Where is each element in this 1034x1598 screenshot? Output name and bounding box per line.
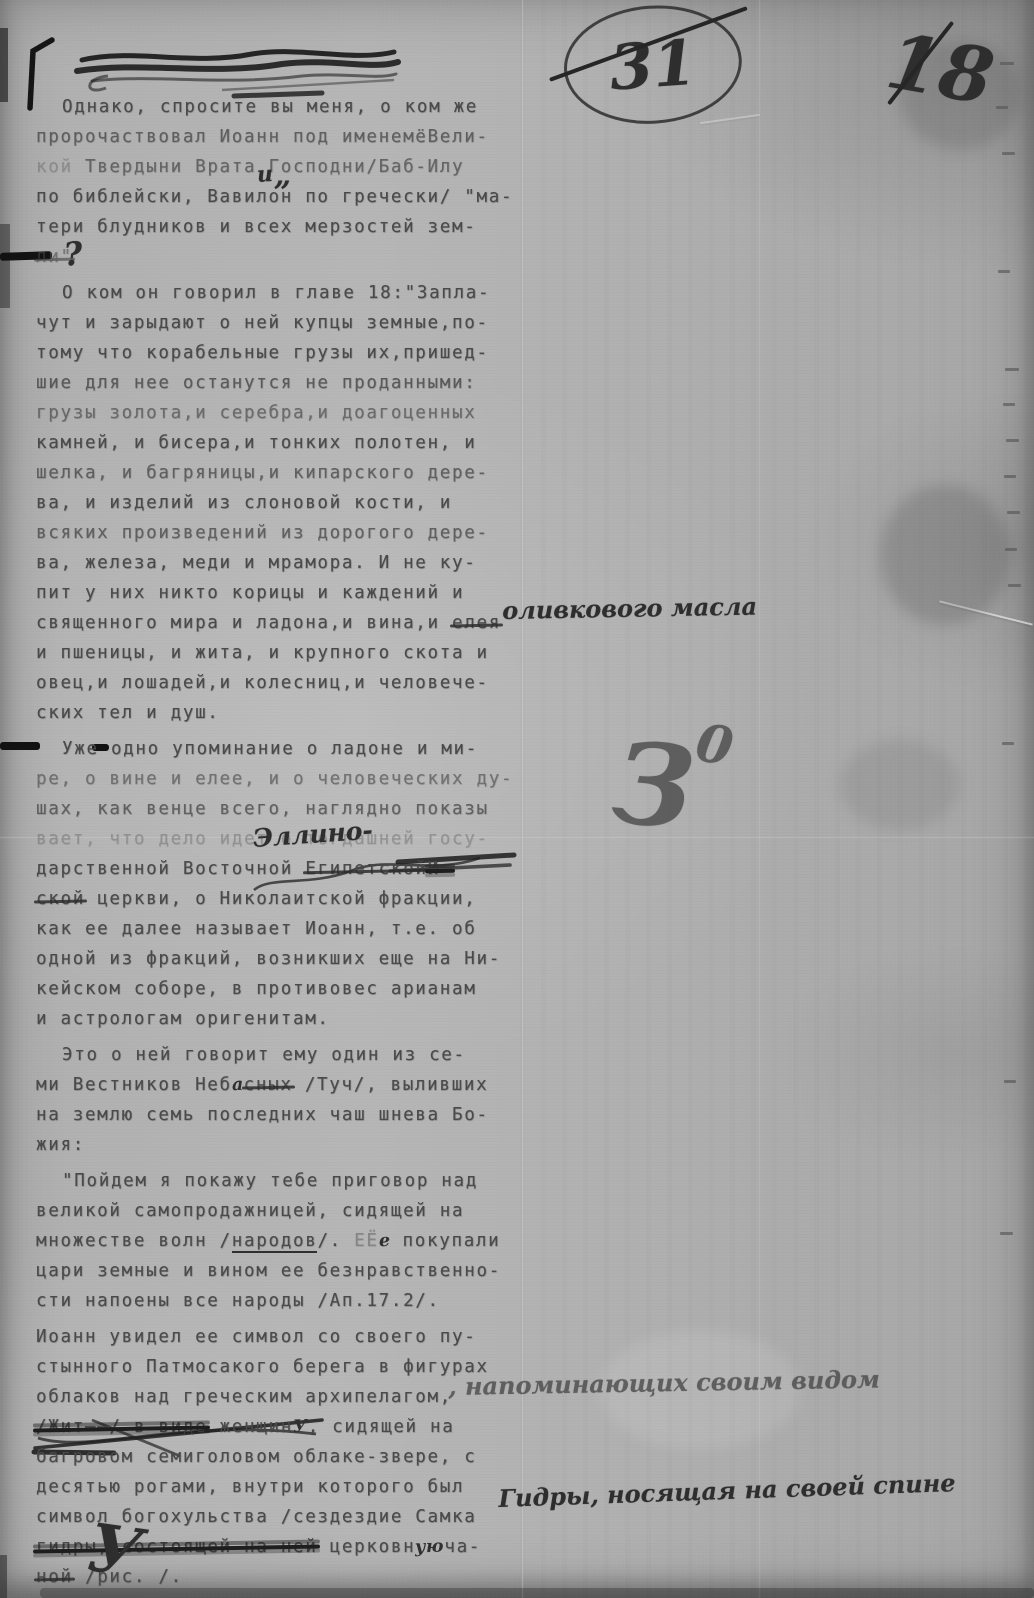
scan-edge-mark: [0, 28, 8, 102]
text-segment: покупали: [390, 1231, 500, 1251]
text-segment: всяких произведений из дорогого дере-: [36, 523, 489, 543]
text-line: ре, о вине и елее, и о человеческих ду-: [36, 764, 546, 794]
correction-i-insert-text: и: [256, 161, 274, 188]
text-line: Уже одно упоминание о ладоне и ми-: [36, 734, 546, 764]
margin-tick-mark: [1004, 1080, 1016, 1083]
text-line: цари земные и вином ее безнравственно-: [36, 1256, 546, 1286]
insert-gidry: Гидры, носящая на своей спине: [498, 1468, 956, 1513]
text-segment: сти напоены все народы /Ап.17.2/.: [36, 1291, 440, 1311]
text-segment: кейском соборе, в противовес арианам: [36, 979, 477, 999]
text-segment: /Туч/, выливших: [293, 1075, 489, 1095]
text-segment: и астрологам оригенитам.: [36, 1009, 330, 1029]
text-line: ва, железа, меди и мрамора. И не ку-: [36, 548, 546, 578]
text-segment: шах, как венце всего, наглядно показы: [36, 799, 489, 819]
text-line: О ком он говорил в главе 18:"Запла-: [36, 278, 546, 308]
insert-napominayushchikh: , напоминающих своим видом: [448, 1364, 880, 1401]
corner-page-number: 18: [881, 16, 1001, 122]
paragraph: О ком он говорил в главе 18:"Запла-чут и…: [36, 278, 546, 728]
text-segment: кой: [36, 157, 73, 177]
scan-edge-mark: [0, 224, 10, 308]
text-line: пит у них никто корицы и каждений и: [36, 578, 546, 608]
crossed-page-number: 31: [560, 0, 746, 130]
text-line: на землю семь последних чаш шнева Бо-: [36, 1100, 546, 1130]
text-segment: /Жит——/ в виде: [36, 1417, 207, 1437]
margin-tick-mark: [1000, 62, 1014, 65]
text-line: Иоанн увидел ее символ со своего пу-: [36, 1322, 546, 1352]
text-line: грузы золота,и серебра,и доагоценных: [36, 398, 546, 428]
text-line: кейском соборе, в противовес арианам: [36, 974, 546, 1004]
text-segment: цари земные и вином ее безнравственно-: [36, 1261, 501, 1281]
margin-number-small-digit-text: 0: [691, 712, 737, 778]
text-segment: грузы золота,и серебра,и доагоценных: [36, 403, 477, 423]
paper-crack: [700, 114, 760, 124]
margin-number-large-digit: З: [609, 718, 699, 854]
text-line: шах, как венце всего, наглядно показы: [36, 794, 546, 824]
text-segment: церковн: [317, 1537, 415, 1557]
text-line: овец,и лошадей,и колесниц,и человече-: [36, 668, 546, 698]
scan-edge-mark: [0, 1555, 7, 1598]
text-line: десятью рогами, внутри которого был: [36, 1472, 546, 1502]
margin-tick-mark: [1002, 742, 1014, 745]
text-line: тери блудников и всех мерзостей зем-: [36, 212, 546, 242]
text-segment: /.: [317, 1231, 354, 1251]
text-segment: Иоанн увидел ее символ со своего пу-: [36, 1327, 477, 1347]
paragraph: Это о ней говорит ему один из се-ми Вест…: [36, 1040, 546, 1160]
margin-dash-mark: [0, 742, 40, 750]
text-segment: Уже одно упоминание о ладоне и ми-: [62, 739, 478, 759]
text-line: шелка, и багряницы,и кипарского дере-: [36, 458, 546, 488]
text-segment: Это о ней говорит ему один из се-: [62, 1045, 466, 1065]
text-segment: овец,и лошадей,и колесниц,и человече-: [36, 673, 489, 693]
text-segment: стынного Патмосакого берега в фигурах: [36, 1357, 489, 1377]
text-segment: камней, и бисера,и тонких полотен, и: [36, 433, 477, 453]
margin-tick-mark: [996, 106, 1008, 109]
text-line: дарственной Восточной ЕгипетскойИ—: [36, 854, 546, 884]
text-segment: ЕЁ: [354, 1231, 378, 1251]
text-segment: Однако, спросите вы меня, о ком же: [62, 97, 478, 117]
text-segment: множестве волн /: [36, 1231, 232, 1251]
text-segment: ва, и изделий из слоновой кости, и: [36, 493, 452, 513]
text-segment: ми Вестников Неб: [36, 1075, 232, 1095]
text-segment: , сидящей на: [308, 1417, 455, 1437]
text-segment: е: [378, 1226, 391, 1256]
text-segment: а: [231, 1070, 244, 1100]
text-line: ми Вестников Небасных /Туч/, выливших: [36, 1070, 546, 1100]
text-line: всяких произведений из дорогого дере-: [36, 518, 546, 548]
text-segment: ую: [415, 1532, 445, 1563]
text-line: ли": [36, 242, 546, 272]
text-line: ской церкви, о Николаитской фракции,: [36, 884, 546, 914]
text-segment: одной из фракций, возникших еще на Ни-: [36, 949, 501, 969]
margin-tick-mark: [1000, 1232, 1013, 1235]
text-line: Однако, спросите вы меня, о ком же: [36, 92, 546, 122]
text-segment: ских тел и душ.: [36, 703, 220, 723]
text-segment: И—: [428, 859, 452, 879]
correction-question-mark-text: ?: [62, 234, 85, 274]
margin-tick-mark: [1005, 548, 1017, 551]
ink-smudge: [840, 740, 960, 830]
text-segment: десятью рогами, внутри которого был: [36, 1477, 464, 1497]
text-segment: тому что корабельные грузы их,пришед-: [36, 343, 489, 363]
paragraph: Уже одно упоминание о ладоне и ми-ре, о …: [36, 734, 546, 1034]
text-segment: "Пойдем я покажу тебе приговор над: [62, 1171, 478, 1191]
text-segment: на землю семь последних чаш шнева Бо-: [36, 1105, 489, 1125]
text-segment: женщин: [207, 1417, 293, 1437]
crossed-page-number-text: 31: [607, 25, 698, 104]
margin-number-small-digit: 0: [691, 712, 737, 778]
text-segment: чут и зарыдают о ней купцы земные,по-: [36, 313, 489, 333]
correction-u-large: У: [83, 1508, 147, 1593]
text-segment: ской: [36, 889, 85, 909]
text-segment: ной: [36, 1567, 73, 1587]
text-segment: священного мира и ладона,и вина,и: [36, 613, 452, 633]
paper-streak-texture: [520, 0, 1034, 1598]
correction-u-large-text: У: [83, 1508, 147, 1593]
insert-napominayushchikh-text: , напоминающих своим видом: [448, 1364, 880, 1401]
text-segment: жия:: [36, 1135, 85, 1155]
text-segment: церкви, о Николаитской фракции,: [85, 889, 477, 909]
margin-tick-mark: [1005, 368, 1019, 371]
margin-tick-mark: [1006, 439, 1019, 442]
margin-tick-mark: [1004, 475, 1016, 478]
insert-olive-oil: оливкового масла: [502, 592, 757, 625]
text-segment: Египетской: [305, 859, 427, 879]
text-line: "Пойдем я покажу тебе приговор над: [36, 1166, 546, 1196]
text-segment: шелка, и багряницы,и кипарского дере-: [36, 463, 489, 483]
margin-tick-mark: [1003, 403, 1015, 406]
scanned-typewritten-page: Однако, спросите вы меня, о ком жепророч…: [0, 0, 1034, 1598]
text-line: одной из фракций, возникших еще на Ни-: [36, 944, 546, 974]
scribbled-out-heading: [72, 36, 402, 100]
text-line: тому что корабельные грузы их,пришед-: [36, 338, 546, 368]
text-line: множестве волн /народов/. ЕЁе покупали: [36, 1226, 546, 1256]
text-line: пророчаствовал Иоанн под именемёВели-: [36, 122, 546, 152]
text-segment: и пшеницы, и жита, и крупного скота и: [36, 643, 489, 663]
paper-crack: [939, 600, 1033, 625]
text-line: сти напоены все народы /Ап.17.2/.: [36, 1286, 546, 1316]
text-segment: гидры, состоящей на ней: [36, 1537, 317, 1557]
text-segment: ва, железа, меди и мрамора. И не ку-: [36, 553, 477, 573]
text-line: ва, и изделий из слоновой кости, и: [36, 488, 546, 518]
text-line: шие для нее останутся не проданными:: [36, 368, 546, 398]
margin-number-large-digit-text: З: [609, 718, 699, 854]
margin-tick-mark: [1007, 511, 1020, 514]
text-line: багровом семиголовом облаке-звере, с: [36, 1442, 546, 1472]
text-line: Это о ней говорит ему один из се-: [36, 1040, 546, 1070]
correction-quote-insert-text: „: [274, 158, 291, 193]
text-segment: пророчаствовал Иоанн под именемёВели-: [36, 127, 489, 147]
text-segment: ча-: [444, 1537, 481, 1557]
text-line: великой самопродажницей, сидящей на: [36, 1196, 546, 1226]
corner-page-number-text: 18: [881, 16, 1001, 122]
text-segment: У: [292, 1412, 308, 1442]
text-segment: елея: [452, 613, 501, 633]
insert-olive-oil-text: оливкового масла: [502, 592, 757, 625]
correction-i-insert: и: [256, 161, 274, 188]
text-segment: багровом семиголовом облаке-звере, с: [36, 1447, 477, 1467]
text-line: чут и зарыдают о ней купцы земные,по-: [36, 308, 546, 338]
correction-quote-insert: „: [274, 158, 291, 193]
text-segment: народов: [232, 1231, 318, 1253]
text-line: ских тел и душ.: [36, 698, 546, 728]
text-segment: как ее далее называет Иоанн, т.е. об: [36, 919, 477, 939]
margin-tick-mark: [1002, 152, 1015, 155]
text-line: и астрологам оригенитам.: [36, 1004, 546, 1034]
text-line: как ее далее называет Иоанн, т.е. об: [36, 914, 546, 944]
insert-gidry-text: Гидры, носящая на своей спине: [498, 1468, 956, 1513]
text-segment: облаков над греческим архипелагом,: [36, 1387, 452, 1407]
text-segment: шие для нее останутся не проданными:: [36, 373, 477, 393]
text-segment: ре, о вине и елее, и о человеческих ду-: [36, 769, 513, 789]
text-line: камней, и бисера,и тонких полотен, и: [36, 428, 546, 458]
text-line: священного мира и ладона,и вина,и елея: [36, 608, 546, 638]
text-segment: сных: [244, 1075, 293, 1095]
margin-tick-mark: [998, 270, 1010, 273]
text-segment: дарственной Восточной: [36, 859, 305, 879]
margin-tick-mark: [1008, 584, 1021, 587]
text-segment: тери блудников и всех мерзостей зем-: [36, 217, 477, 237]
text-line: жия:: [36, 1130, 546, 1160]
correction-question-mark: ?: [62, 234, 85, 274]
vertical-fold-crease: [758, 0, 761, 1598]
text-line: и пшеницы, и жита, и крупного скота и: [36, 638, 546, 668]
text-segment: пит у них никто корицы и каждений и: [36, 583, 464, 603]
text-segment: О ком он говорил в главе 18:"Запла-: [62, 283, 490, 303]
text-segment: великой самопродажницей, сидящей на: [36, 1201, 464, 1221]
paragraph: "Пойдем я покажу тебе приговор надвелико…: [36, 1166, 546, 1316]
text-line: /Жит——/ в виде женщинУ, сидящей на: [36, 1412, 546, 1442]
